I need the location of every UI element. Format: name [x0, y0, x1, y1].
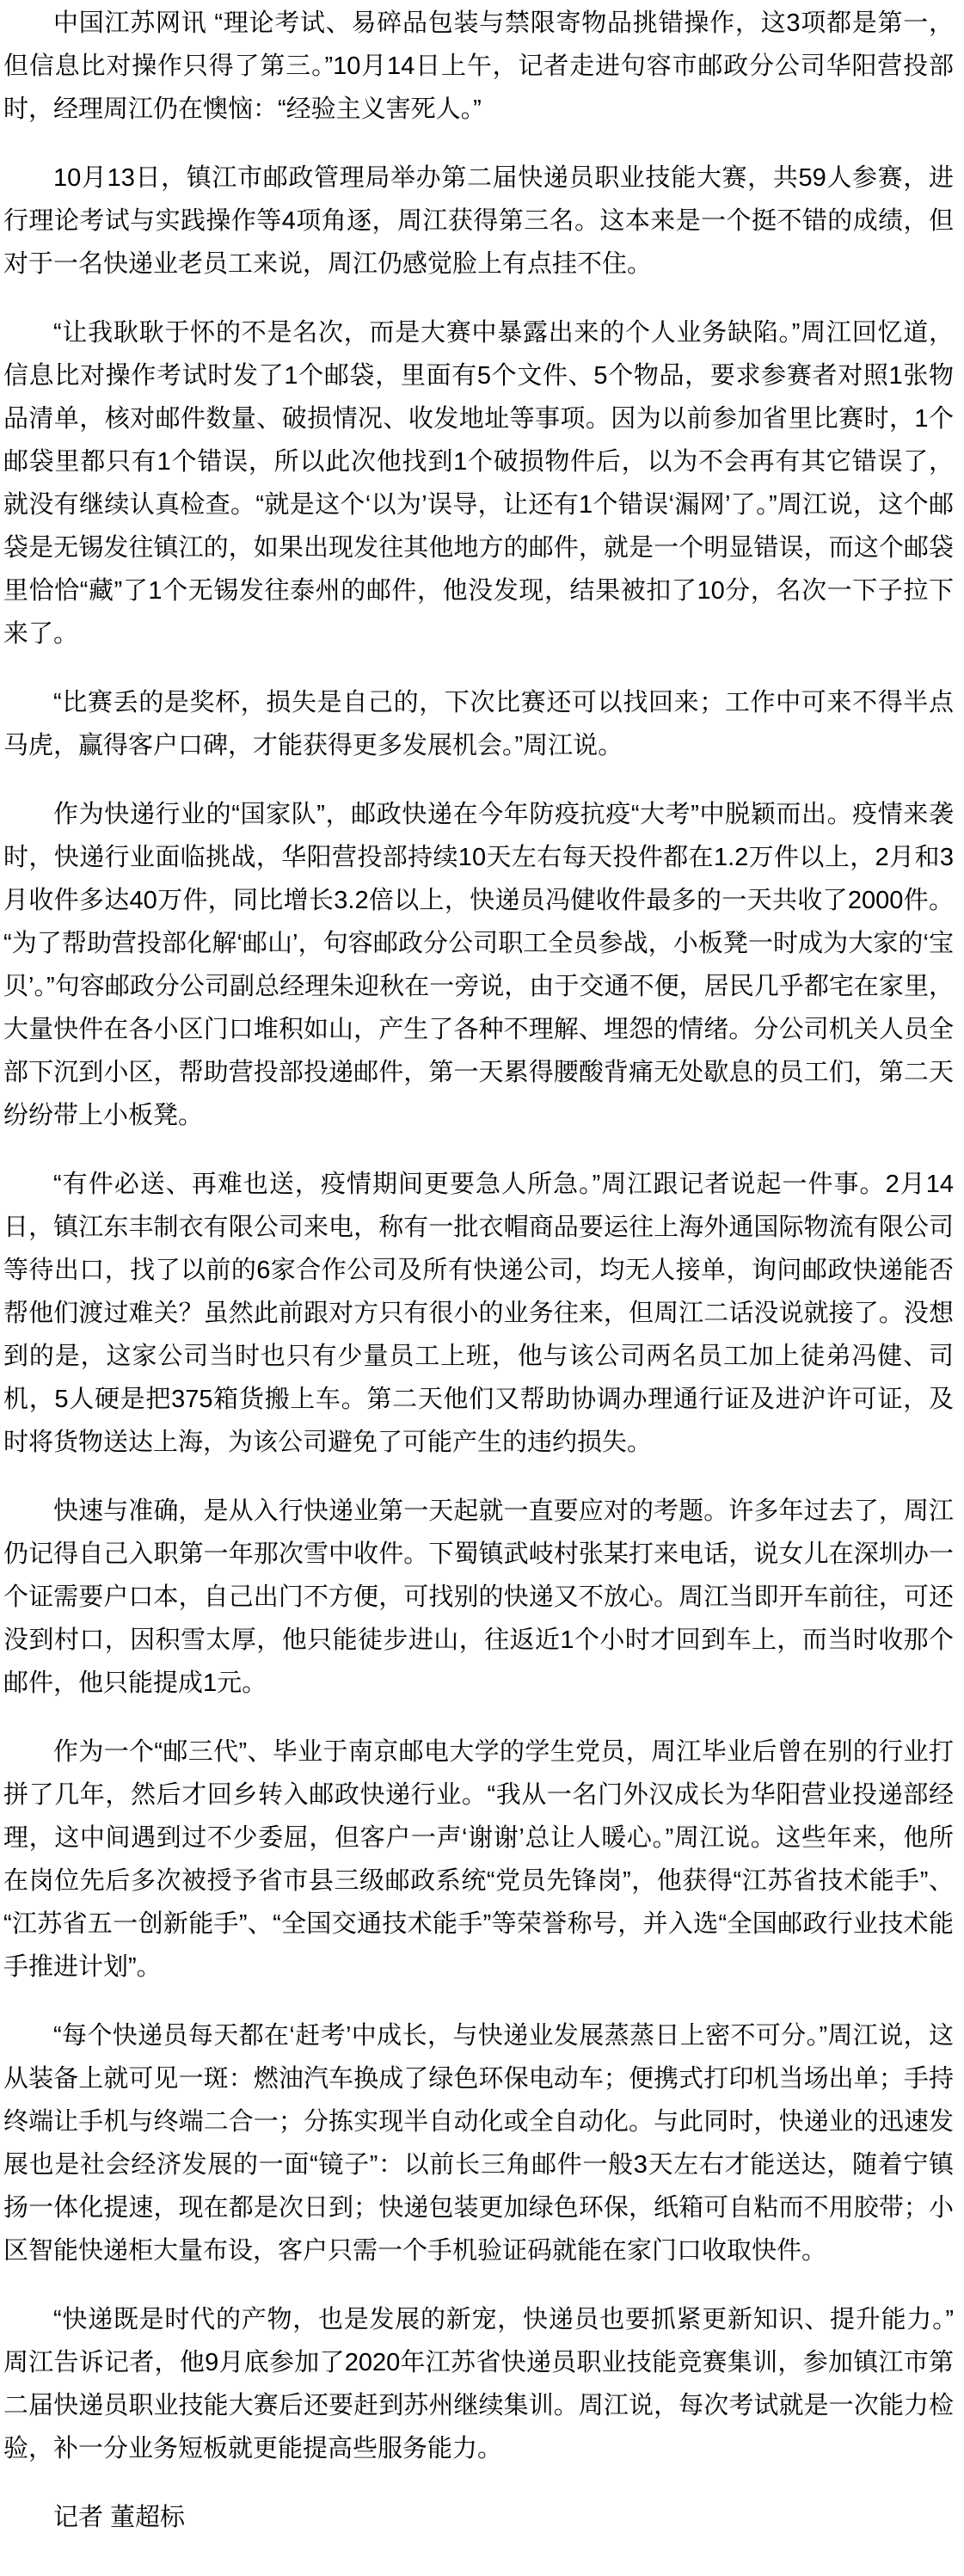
news-article: 中国江苏网讯 “理论考试、易碎品包装与禁限寄物品挑错操作，这3项都是第一，但信息… [3, 2, 954, 2539]
article-paragraph: 作为一个“邮三代”、毕业于南京邮电大学的学生党员，周江毕业后曾在别的行业打拼了几… [3, 1731, 954, 1989]
article-paragraph: “快递既是时代的产物，也是发展的新宠，快递员也要抓紧更新知识、提升能力。”周江告… [3, 2298, 954, 2470]
article-paragraph: 快速与准确，是从入行快递业第一天起就一直要应对的考题。许多年过去了，周江仍记得自… [3, 1490, 954, 1705]
article-paragraph: “让我耿耿于怀的不是名次，而是大赛中暴露出来的个人业务缺陷。”周江回忆道，信息比… [3, 311, 954, 655]
byline: 记者 董超标 [3, 2496, 954, 2539]
article-paragraph: 中国江苏网讯 “理论考试、易碎品包装与禁限寄物品挑错操作，这3项都是第一，但信息… [3, 2, 954, 131]
article-paragraph: “每个快递员每天都在‘赶考’中成长，与快递业发展蒸蒸日上密不可分。”周江说，这从… [3, 2014, 954, 2272]
article-paragraph: 作为快递行业的“国家队”，邮政快递在今年防疫抗疫“大考”中脱颖而出。疫情来袭时，… [3, 793, 954, 1137]
article-paragraph: “有件必送、再难也送，疫情期间更要急人所急。”周江跟记者说起一件事。2月14日，… [3, 1163, 954, 1464]
article-paragraph: “比赛丢的是奖杯，损失是自己的，下次比赛还可以找回来；工作中可来不得半点马虎，赢… [3, 681, 954, 767]
article-page: 中国江苏网讯 “理论考试、易碎品包装与禁限寄物品挑错操作，这3项都是第一，但信息… [0, 0, 964, 2576]
article-paragraph: 10月13日，镇江市邮政管理局举办第二届快递员职业技能大赛，共59人参赛，进行理… [3, 157, 954, 286]
